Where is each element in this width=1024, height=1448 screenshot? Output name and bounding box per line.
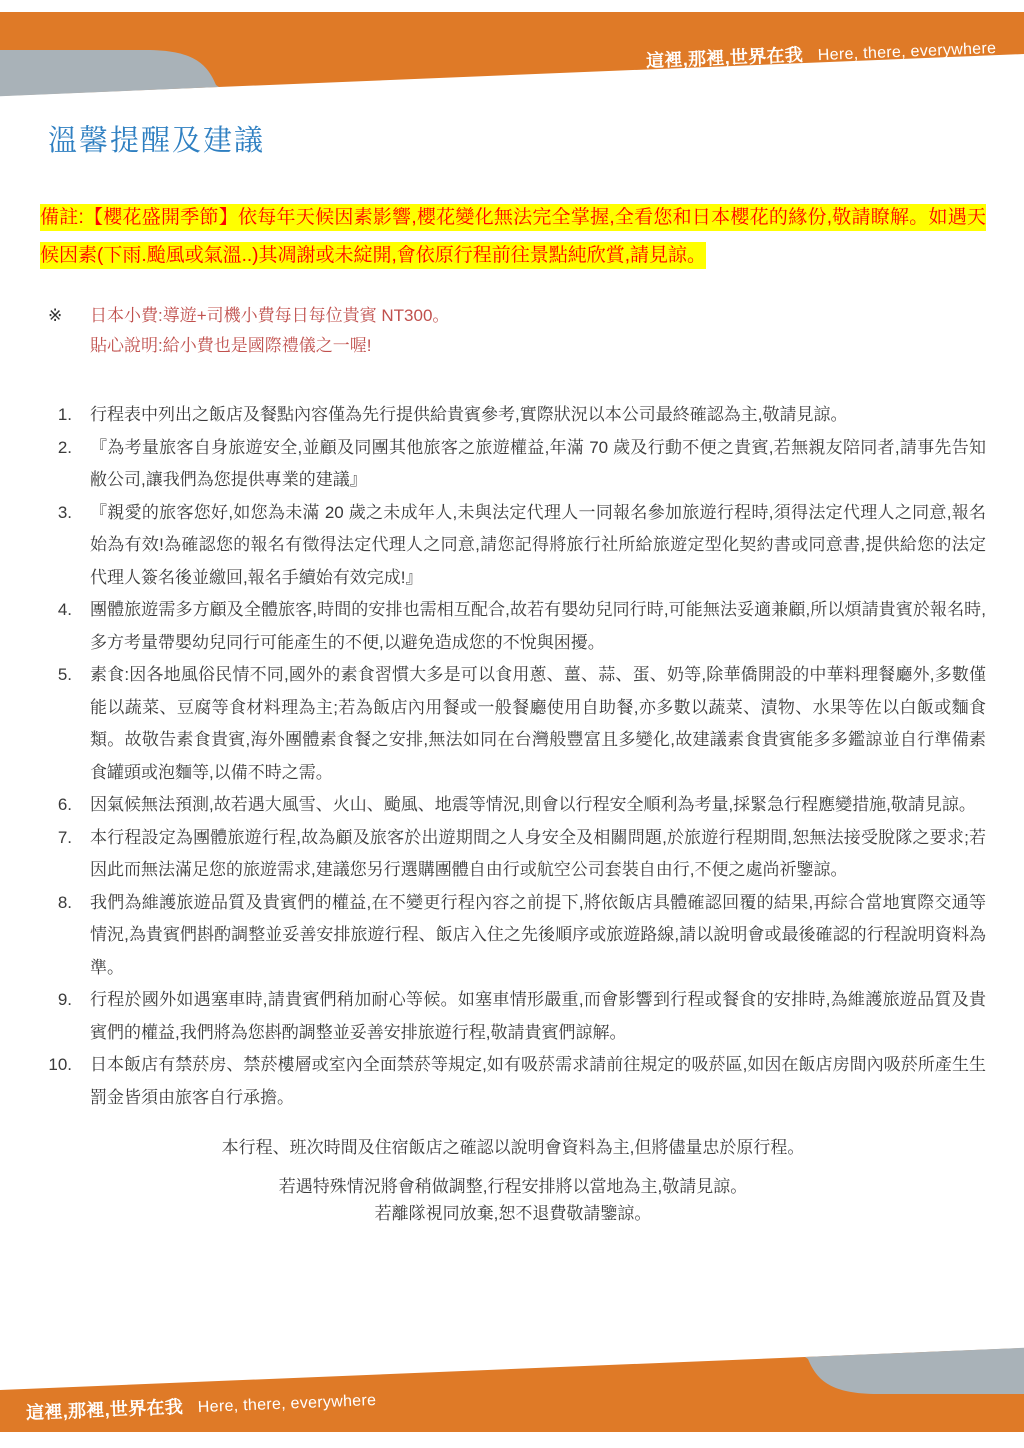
note-item: 8.我們為維護旅遊品質及貴賓們的權益,在不變更行程內容之前提下,將依飯店具體確認…	[40, 887, 986, 985]
brand-tagline-zh: 這裡,那裡,世界在我	[26, 1397, 184, 1423]
document-page: 這裡,那裡,世界在我 Here, there, everywhere 溫馨提醒及…	[0, 0, 1024, 1448]
tip-lines: 日本小費:導遊+司機小費每日每位貴賓 NT300。 貼心說明:給小費也是國際禮儀…	[90, 301, 449, 361]
tip-reference-mark: ※	[40, 301, 90, 361]
note-text: 我們為維護旅遊品質及貴賓們的權益,在不變更行程內容之前提下,將依飯店具體確認回覆…	[90, 887, 986, 985]
tip-line-fee: 日本小費:導遊+司機小費每日每位貴賓 NT300。	[90, 306, 449, 325]
note-text: 團體旅遊需多方顧及全體旅客,時間的安排也需相互配合,故若有嬰幼兒同行時,可能無法…	[90, 594, 986, 659]
note-number: 9.	[40, 984, 72, 1049]
tip-line-etiquette: 貼心說明:給小費也是國際禮儀之一喔!	[90, 336, 371, 355]
closing-line-no-refund: 若離隊視同放棄,恕不退費敬請鑒諒。	[40, 1200, 986, 1227]
note-item: 3.『親愛的旅客您好,如您為未滿 20 歲之未成年人,未與法定代理人一同報名參加…	[40, 497, 986, 595]
brand-tagline-zh: 這裡,那裡,世界在我	[645, 45, 803, 71]
footer-banner	[0, 1334, 1024, 1444]
note-number: 2.	[40, 432, 72, 497]
note-text: 行程表中列出之飯店及餐點內容僅為先行提供給貴賓參考,實際狀況以本公司最終確認為主…	[90, 399, 986, 432]
note-text: 『為考量旅客自身旅遊安全,並顧及同團其他旅客之旅遊權益,年滿 70 歲及行動不便…	[90, 432, 986, 497]
closing-line-confirmation: 本行程、班次時間及住宿飯店之確認以說明會資料為主,但將儘量忠於原行程。	[40, 1134, 986, 1161]
note-item: 1.行程表中列出之飯店及餐點內容僅為先行提供給貴賓參考,實際狀況以本公司最終確認…	[40, 399, 986, 432]
note-text: 『親愛的旅客您好,如您為未滿 20 歲之未成年人,未與法定代理人一同報名參加旅遊…	[90, 497, 986, 595]
note-number: 3.	[40, 497, 72, 595]
note-item: 4.團體旅遊需多方顧及全體旅客,時間的安排也需相互配合,故若有嬰幼兒同行時,可能…	[40, 594, 986, 659]
sakura-season-note: 備註:【櫻花盛開季節】依每年天候因素影響,櫻花變化無法完全掌握,全看您和日本櫻花…	[40, 199, 986, 275]
header-gray-shape	[0, 50, 219, 96]
note-item: 6.因氣候無法預測,故若遇大風雪、火山、颱風、地震等情況,則會以行程安全順利為考…	[40, 789, 986, 822]
note-number: 4.	[40, 594, 72, 659]
main-content: 溫馨提醒及建議 備註:【櫻花盛開季節】依每年天候因素影響,櫻花變化無法完全掌握,…	[40, 118, 986, 1227]
japan-tip-block: ※ 日本小費:導遊+司機小費每日每位貴賓 NT300。 貼心說明:給小費也是國際…	[40, 301, 986, 361]
note-number: 5.	[40, 659, 72, 789]
note-number: 7.	[40, 822, 72, 887]
note-text: 因氣候無法預測,故若遇大風雪、火山、颱風、地震等情況,則會以行程安全順利為考量,…	[90, 789, 986, 822]
brand-tagline-header: 這裡,那裡,世界在我 Here, there, everywhere	[645, 33, 996, 73]
note-number: 10.	[40, 1049, 72, 1114]
closing-statements: 本行程、班次時間及住宿飯店之確認以說明會資料為主,但將儘量忠於原行程。 若遇特殊…	[40, 1134, 986, 1227]
note-item: 2.『為考量旅客自身旅遊安全,並顧及同團其他旅客之旅遊權益,年滿 70 歲及行動…	[40, 432, 986, 497]
brand-tagline-en: Here, there, everywhere	[198, 1392, 377, 1416]
note-number: 6.	[40, 789, 72, 822]
note-item: 10.日本飯店有禁菸房、禁菸樓層或室內全面禁菸等規定,如有吸菸需求請前往規定的吸…	[40, 1049, 986, 1114]
footer-gray-shape	[805, 1348, 1024, 1394]
sakura-note-highlight-text: 備註:【櫻花盛開季節】依每年天候因素影響,櫻花變化無法完全掌握,全看您和日本櫻花…	[40, 204, 986, 269]
brand-tagline-footer: 這裡,那裡,世界在我 Here, there, everywhere	[26, 1385, 377, 1425]
page-title: 溫馨提醒及建議	[48, 118, 986, 159]
note-text: 本行程設定為團體旅遊行程,故為顧及旅客於出遊期間之人身安全及相關問題,於旅遊行程…	[90, 822, 986, 887]
note-text: 素食:因各地風俗民情不同,國外的素食習慣大多是可以食用蔥、薑、蒜、蛋、奶等,除華…	[90, 659, 986, 789]
brand-tagline-en: Here, there, everywhere	[817, 40, 996, 64]
note-item: 7.本行程設定為團體旅遊行程,故為顧及旅客於出遊期間之人身安全及相關問題,於旅遊…	[40, 822, 986, 887]
note-item: 9.行程於國外如遇塞車時,請貴賓們稍加耐心等候。如塞車情形嚴重,而會影響到行程或…	[40, 984, 986, 1049]
notes-list: 1.行程表中列出之飯店及餐點內容僅為先行提供給貴賓參考,實際狀況以本公司最終確認…	[40, 399, 986, 1114]
note-number: 8.	[40, 887, 72, 985]
note-text: 行程於國外如遇塞車時,請貴賓們稍加耐心等候。如塞車情形嚴重,而會影響到行程或餐食…	[90, 984, 986, 1049]
note-number: 1.	[40, 399, 72, 432]
note-item: 5.素食:因各地風俗民情不同,國外的素食習慣大多是可以食用蔥、薑、蒜、蛋、奶等,…	[40, 659, 986, 789]
note-text: 日本飯店有禁菸房、禁菸樓層或室內全面禁菸等規定,如有吸菸需求請前往規定的吸菸區,…	[90, 1049, 986, 1114]
closing-line-adjustment: 若遇特殊情況將會稍做調整,行程安排將以當地為主,敬請見諒。	[40, 1173, 986, 1200]
